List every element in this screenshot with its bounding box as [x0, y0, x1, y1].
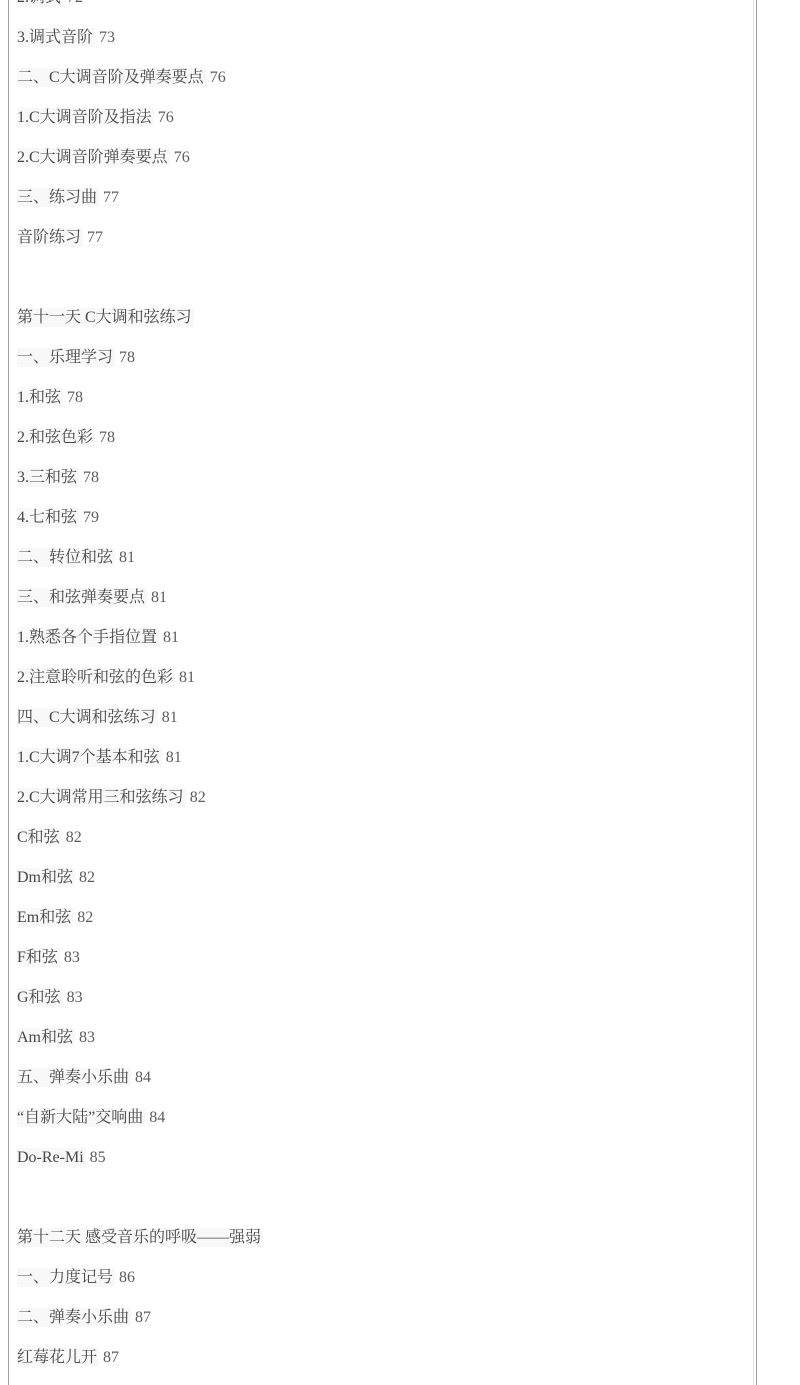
toc-line-text: 2.调式 [17, 0, 63, 7]
toc-line-text: 1.C大调音阶及指法 [17, 108, 154, 127]
toc-line: “自新大陆”交响曲 84 [17, 1098, 756, 1138]
toc-line-text: 1.熟悉各个手指位置 [17, 628, 159, 647]
toc-line: 2.注意聆听和弦的色彩 81 [17, 658, 756, 698]
toc-line: 二、弹奏小乐曲 87 [17, 1298, 756, 1338]
toc-line: 四、C大调和弦练习 81 [17, 698, 756, 738]
toc-line: Do-Re-Mi 85 [17, 1138, 756, 1178]
toc-line-page-number: 84 [131, 1069, 151, 1086]
toc-line-text: F和弦 [17, 948, 60, 967]
toc-line-text: 1.C大调7个基本和弦 [17, 748, 162, 767]
ebook-page: 2.调式 723.调式音阶 73二、C大调音阶及弹奏要点 761.C大调音阶及指… [8, 0, 757, 1385]
toc-line-page-number: 82 [75, 869, 95, 886]
toc-section-heading-text: 第十二天 感受音乐的呼吸——强弱 [17, 1228, 263, 1247]
toc-line-page-number: 81 [115, 549, 135, 566]
toc-section-heading: 第十二天 感受音乐的呼吸——强弱 [17, 1218, 756, 1258]
toc-line-page-number: 73 [95, 29, 115, 46]
toc-line: 3.三和弦 78 [17, 458, 756, 498]
toc-line-page-number: 87 [99, 1349, 119, 1366]
toc-line: 红莓花儿开 87 [17, 1338, 756, 1378]
toc-line-page-number: 87 [131, 1309, 151, 1326]
toc-line-page-number: 85 [86, 1149, 106, 1166]
toc-line-text: 二、C大调音阶及弹奏要点 [17, 68, 206, 87]
toc-line: 1.C大调7个基本和弦 81 [17, 738, 756, 778]
toc-line-page-number: 77 [99, 189, 119, 206]
toc-line: 二、C大调音阶及弹奏要点 76 [17, 58, 756, 98]
toc-line-text: Em和弦 [17, 908, 73, 927]
toc-line-text: 三、和弦弹奏要点 [17, 588, 147, 607]
toc: 2.调式 723.调式音阶 73二、C大调音阶及弹奏要点 761.C大调音阶及指… [9, 0, 756, 1378]
toc-line: 2.和弦色彩 78 [17, 418, 756, 458]
toc-line-page-number: 81 [175, 669, 195, 686]
toc-line: 3.调式音阶 73 [17, 18, 756, 58]
toc-line: C和弦 82 [17, 818, 756, 858]
toc-line: F和弦 83 [17, 938, 756, 978]
toc-section-gap [17, 258, 756, 298]
toc-line-page-number: 81 [158, 709, 178, 726]
toc-line-text: 一、乐理学习 [17, 348, 115, 367]
toc-line-page-number: 76 [154, 109, 174, 126]
toc-line-page-number: 82 [62, 829, 82, 846]
toc-line-page-number: 78 [79, 469, 99, 486]
toc-line-text: 2.C大调常用三和弦练习 [17, 788, 186, 807]
toc-line-page-number: 83 [60, 949, 80, 966]
toc-line-page-number: 81 [147, 589, 167, 606]
toc-line-page-number: 72 [63, 0, 83, 6]
toc-line-text: 五、弹奏小乐曲 [17, 1068, 131, 1087]
toc-line-text: 红莓花儿开 [17, 1348, 99, 1367]
toc-line-text: 四、C大调和弦练习 [17, 708, 158, 727]
toc-line-page-number: 76 [206, 69, 226, 86]
toc-line: 2.调式 72 [17, 0, 756, 18]
toc-line-page-number: 77 [83, 229, 103, 246]
toc-line-text: G和弦 [17, 988, 63, 1007]
toc-line-text: Dm和弦 [17, 868, 75, 887]
toc-section-heading: 第十一天 C大调和弦练习 [17, 298, 756, 338]
toc-line: 1.熟悉各个手指位置 81 [17, 618, 756, 658]
toc-line-text: 3.调式音阶 [17, 28, 95, 47]
toc-line-text: 1.和弦 [17, 388, 63, 407]
toc-line-text: Am和弦 [17, 1028, 75, 1047]
toc-line: 三、练习曲 77 [17, 178, 756, 218]
toc-line-page-number: 86 [115, 1269, 135, 1286]
toc-line: Dm和弦 82 [17, 858, 756, 898]
toc-line-text: 4.七和弦 [17, 508, 79, 527]
toc-line-text: Do-Re-Mi [17, 1148, 86, 1167]
toc-line: 三、和弦弹奏要点 81 [17, 578, 756, 618]
toc-line-page-number: 83 [63, 989, 83, 1006]
toc-line-text: 2.注意聆听和弦的色彩 [17, 668, 175, 687]
toc-line-text: “自新大陆”交响曲 [17, 1108, 145, 1127]
toc-line: 1.和弦 78 [17, 378, 756, 418]
toc-line-page-number: 78 [63, 389, 83, 406]
toc-line: Am和弦 83 [17, 1018, 756, 1058]
toc-line-page-number: 82 [73, 909, 93, 926]
toc-line-text: 三、练习曲 [17, 188, 99, 207]
toc-line: 一、乐理学习 78 [17, 338, 756, 378]
toc-line: G和弦 83 [17, 978, 756, 1018]
toc-line-page-number: 79 [79, 509, 99, 526]
toc-line: 五、弹奏小乐曲 84 [17, 1058, 756, 1098]
toc-line-text: 音阶练习 [17, 228, 83, 247]
toc-line-text: 二、弹奏小乐曲 [17, 1308, 131, 1327]
toc-line-page-number: 76 [170, 149, 190, 166]
toc-line-page-number: 78 [95, 429, 115, 446]
toc-line-text: 二、转位和弦 [17, 548, 115, 567]
toc-line: 1.C大调音阶及指法 76 [17, 98, 756, 138]
toc-line-text: 2.C大调音阶弹奏要点 [17, 148, 170, 167]
toc-line: 2.C大调常用三和弦练习 82 [17, 778, 756, 818]
toc-line: Em和弦 82 [17, 898, 756, 938]
toc-line-page-number: 84 [145, 1109, 165, 1126]
toc-line-page-number: 81 [159, 629, 179, 646]
toc-line: 二、转位和弦 81 [17, 538, 756, 578]
toc-section-heading-text: 第十一天 C大调和弦练习 [17, 308, 194, 327]
toc-line-text: C和弦 [17, 828, 62, 847]
toc-line: 一、力度记号 86 [17, 1258, 756, 1298]
toc-line-page-number: 81 [162, 749, 182, 766]
toc-line-page-number: 83 [75, 1029, 95, 1046]
toc-line: 4.七和弦 79 [17, 498, 756, 538]
toc-line: 音阶练习 77 [17, 218, 756, 258]
toc-line: 2.C大调音阶弹奏要点 76 [17, 138, 756, 178]
toc-section-gap [17, 1178, 756, 1218]
toc-line-text: 3.三和弦 [17, 468, 79, 487]
toc-line-text: 一、力度记号 [17, 1268, 115, 1287]
toc-line-page-number: 78 [115, 349, 135, 366]
toc-line-text: 2.和弦色彩 [17, 428, 95, 447]
toc-line-page-number: 82 [186, 789, 206, 806]
